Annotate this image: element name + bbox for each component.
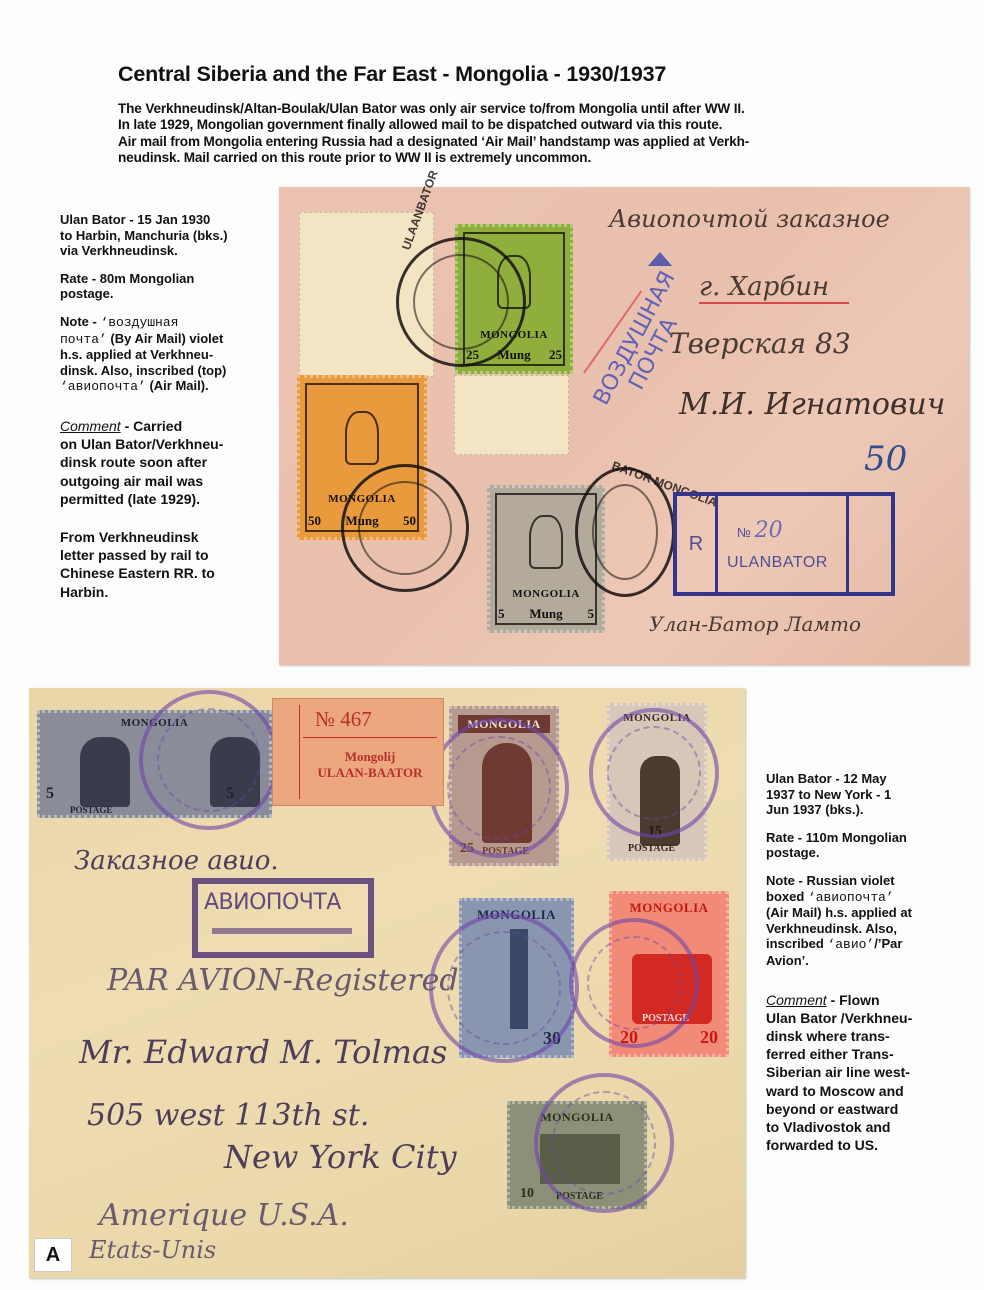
registration-box-ulanbator: R № 20 ULANBATOR	[673, 492, 895, 596]
cover2-notes: Ulan Bator - 12 May 1937 to New York - 1…	[766, 771, 966, 1166]
intro-line: neudinsk. Mail carried on this route pri…	[118, 150, 938, 166]
page-title: Central Siberia and the Far East - Mongo…	[118, 62, 666, 87]
postmark-ulaan-baator	[429, 718, 569, 858]
postmark-ulaanbator	[341, 464, 469, 592]
handwritten-sender: Улан-Батор Ламто	[649, 612, 861, 636]
handwritten-airmail-registered: Авиопочтой заказное	[609, 205, 890, 233]
soyombo-emblem-icon	[529, 515, 563, 569]
rate-info: Rate - 110m Mongolian postage.	[766, 830, 966, 861]
soyombo-emblem-icon	[345, 411, 379, 465]
postmark-ulaan-baator	[569, 918, 699, 1048]
handwritten-street: 505 west 113th st.	[87, 1098, 369, 1133]
intro-paragraph: The Verkhneudinsk/Altan-Boulak/Ulan Bato…	[118, 101, 938, 167]
postmark-ulaan-baator	[139, 690, 279, 830]
mongolian-script-cell	[846, 496, 891, 592]
transit-info: From Verkhneudinsk letter passed by rail…	[60, 528, 270, 601]
handwritten-country-fr: Etats-Unis	[89, 1236, 216, 1264]
route-info: Ulan Bator - 15 Jan 1930 to Harbin, Manc…	[60, 212, 270, 259]
caret-mark-icon	[648, 252, 672, 266]
handwritten-street: Тверская 83	[669, 327, 851, 360]
handwritten-par-avion: PAR AVION-Registered	[107, 963, 459, 998]
intro-line: In late 1929, Mongolian government final…	[118, 117, 938, 133]
intro-line: Air mail from Mongolia entering Russia h…	[118, 134, 938, 150]
postmark-ulaan-baator	[534, 1073, 674, 1213]
stamp-figure	[80, 737, 130, 807]
stamp-selvage	[454, 375, 569, 455]
exhibit-tag: A	[34, 1238, 72, 1272]
handwritten-registered-air: Заказное авио.	[74, 846, 279, 876]
registration-label-467: № 467 Mongolij ULAAN-BAATOR	[272, 698, 444, 806]
handwritten-city: г. Харбин	[699, 272, 849, 304]
intro-line: The Verkhneudinsk/Altan-Boulak/Ulan Bato…	[118, 101, 938, 117]
handwritten-addressee: М.И. Игнатович	[679, 387, 945, 422]
note-info: Note - Russian violet boxed ‘авиопочта’ …	[766, 873, 966, 969]
postmark-ulaan-baator	[589, 708, 719, 838]
handwritten-number: 50	[864, 439, 907, 479]
route-info: Ulan Bator - 12 May 1937 to New York - 1…	[766, 771, 966, 818]
postmark-ulaanbator	[396, 237, 526, 367]
handwritten-country: Amerique U.S.A.	[99, 1198, 349, 1233]
cover1-notes: Ulan Bator - 15 Jan 1930 to Harbin, Manc…	[60, 212, 270, 613]
comment-info: Comment - Flown Ulan Bator /Verkhneu- di…	[766, 991, 966, 1155]
mongolian-script-strip	[279, 705, 300, 799]
note-info: Note - ‘воздушная почта’ (By Air Mail) v…	[60, 314, 270, 395]
comment-info: Comment - Carried on Ulan Bator/Verkhneu…	[60, 417, 270, 508]
rate-info: Rate - 80m Mongolian postage.	[60, 271, 270, 302]
handwritten-city: New York City	[224, 1138, 457, 1176]
handwritten-addressee: Mr. Edward M. Tolmas	[79, 1033, 447, 1071]
aviopochta-boxed-handstamp: АВИОПОЧТА	[192, 878, 374, 958]
